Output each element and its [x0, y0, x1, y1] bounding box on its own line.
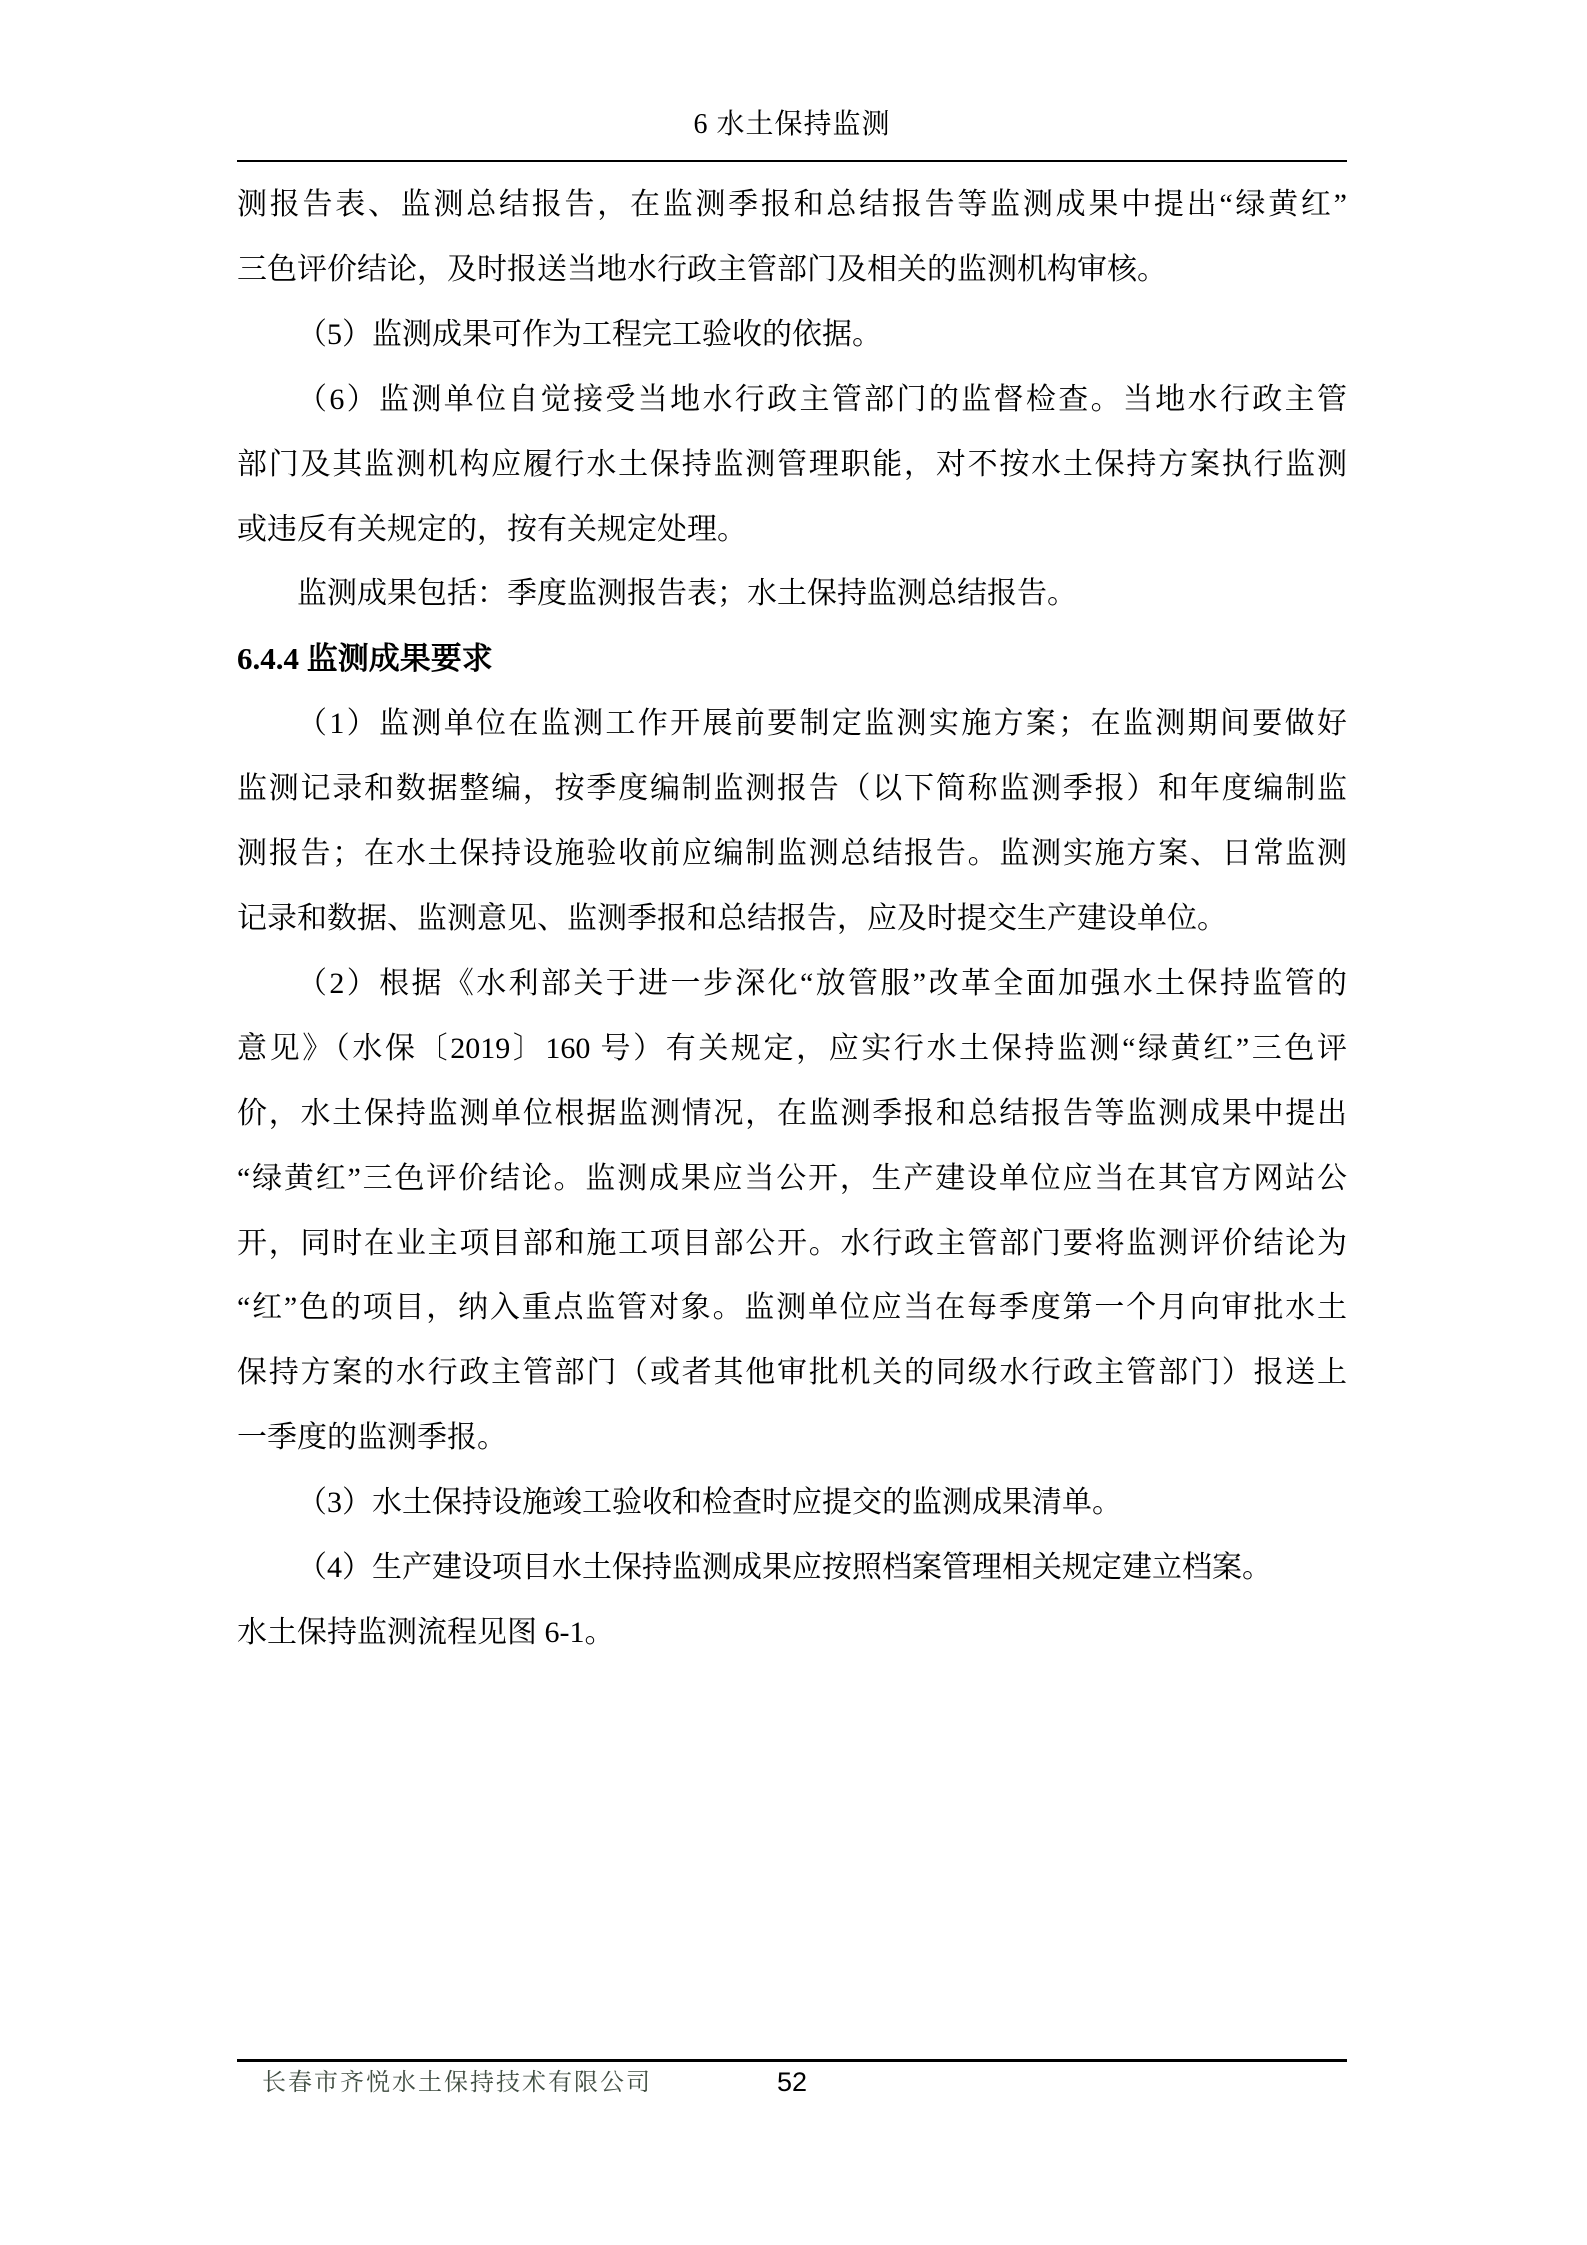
text-line: 监测成果包括：季度监测报告表；水土保持监测总结报告。 [237, 562, 1347, 627]
text-line: 一季度的监测季报。 [237, 1406, 1347, 1471]
text-line: 水土保持监测流程见图 6-1。 [237, 1601, 1347, 1666]
text-line: （4）生产建设项目水土保持监测成果应按照档案管理相关规定建立档案。 [237, 1536, 1347, 1601]
header-rule [237, 160, 1347, 162]
text-line: “红”色的项目，纳入重点监管对象。监测单位应当在每季度第一个月向审批水土 [237, 1276, 1347, 1341]
text-line: （3）水土保持设施竣工验收和检查时应提交的监测成果清单。 [237, 1471, 1347, 1536]
text-line: 部门及其监测机构应履行水土保持监测管理职能，对不按水土保持方案执行监测 [237, 433, 1347, 498]
text-line: （5）监测成果可作为工程完工验收的依据。 [237, 303, 1347, 368]
text-line: 监测记录和数据整编，按季度编制监测报告（以下简称监测季报）和年度编制监 [237, 757, 1347, 822]
text-line: 价，水土保持监测单位根据监测情况，在监测季报和总结报告等监测成果中提出 [237, 1082, 1347, 1147]
text-line: （6）监测单位自觉接受当地水行政主管部门的监督检查。当地水行政主管 [237, 368, 1347, 433]
text-line: 意见》（水保〔2019〕160 号）有关规定，应实行水土保持监测“绿黄红”三色评 [237, 1017, 1347, 1082]
text-line: 三色评价结论，及时报送当地水行政主管部门及相关的监测机构审核。 [237, 238, 1347, 303]
text-line: （1）监测单位在监测工作开展前要制定监测实施方案；在监测期间要做好 [237, 692, 1347, 757]
text-line: 测报告；在水土保持设施验收前应编制监测总结报告。监测实施方案、日常监测 [237, 822, 1347, 887]
text-line: 测报告表、监测总结报告，在监测季报和总结报告等监测成果中提出“绿黄红” [237, 173, 1347, 238]
chapter-header: 6 水土保持监测 [237, 108, 1347, 142]
text-line: 记录和数据、监测意见、监测季报和总结报告，应及时提交生产建设单位。 [237, 887, 1347, 952]
document-page: 6 水土保持监测 测报告表、监测总结报告，在监测季报和总结报告等监测成果中提出“… [0, 0, 1587, 2245]
footer-rule [237, 2059, 1347, 2062]
section-heading: 6.4.4 监测成果要求 [237, 627, 1347, 692]
text-line: （2）根据《水利部关于进一步深化“放管服”改革全面加强水土保持监管的 [237, 952, 1347, 1017]
page-number: 52 [237, 2064, 1347, 2100]
text-line: 或违反有关规定的，按有关规定处理。 [237, 498, 1347, 563]
text-line: 保持方案的水行政主管部门（或者其他审批机关的同级水行政主管部门）报送上 [237, 1341, 1347, 1406]
text-line: 开，同时在业主项目部和施工项目部公开。水行政主管部门要将监测评价结论为 [237, 1212, 1347, 1277]
document-body: 测报告表、监测总结报告，在监测季报和总结报告等监测成果中提出“绿黄红”三色评价结… [237, 173, 1347, 1666]
text-line: “绿黄红”三色评价结论。监测成果应当公开，生产建设单位应当在其官方网站公 [237, 1147, 1347, 1212]
